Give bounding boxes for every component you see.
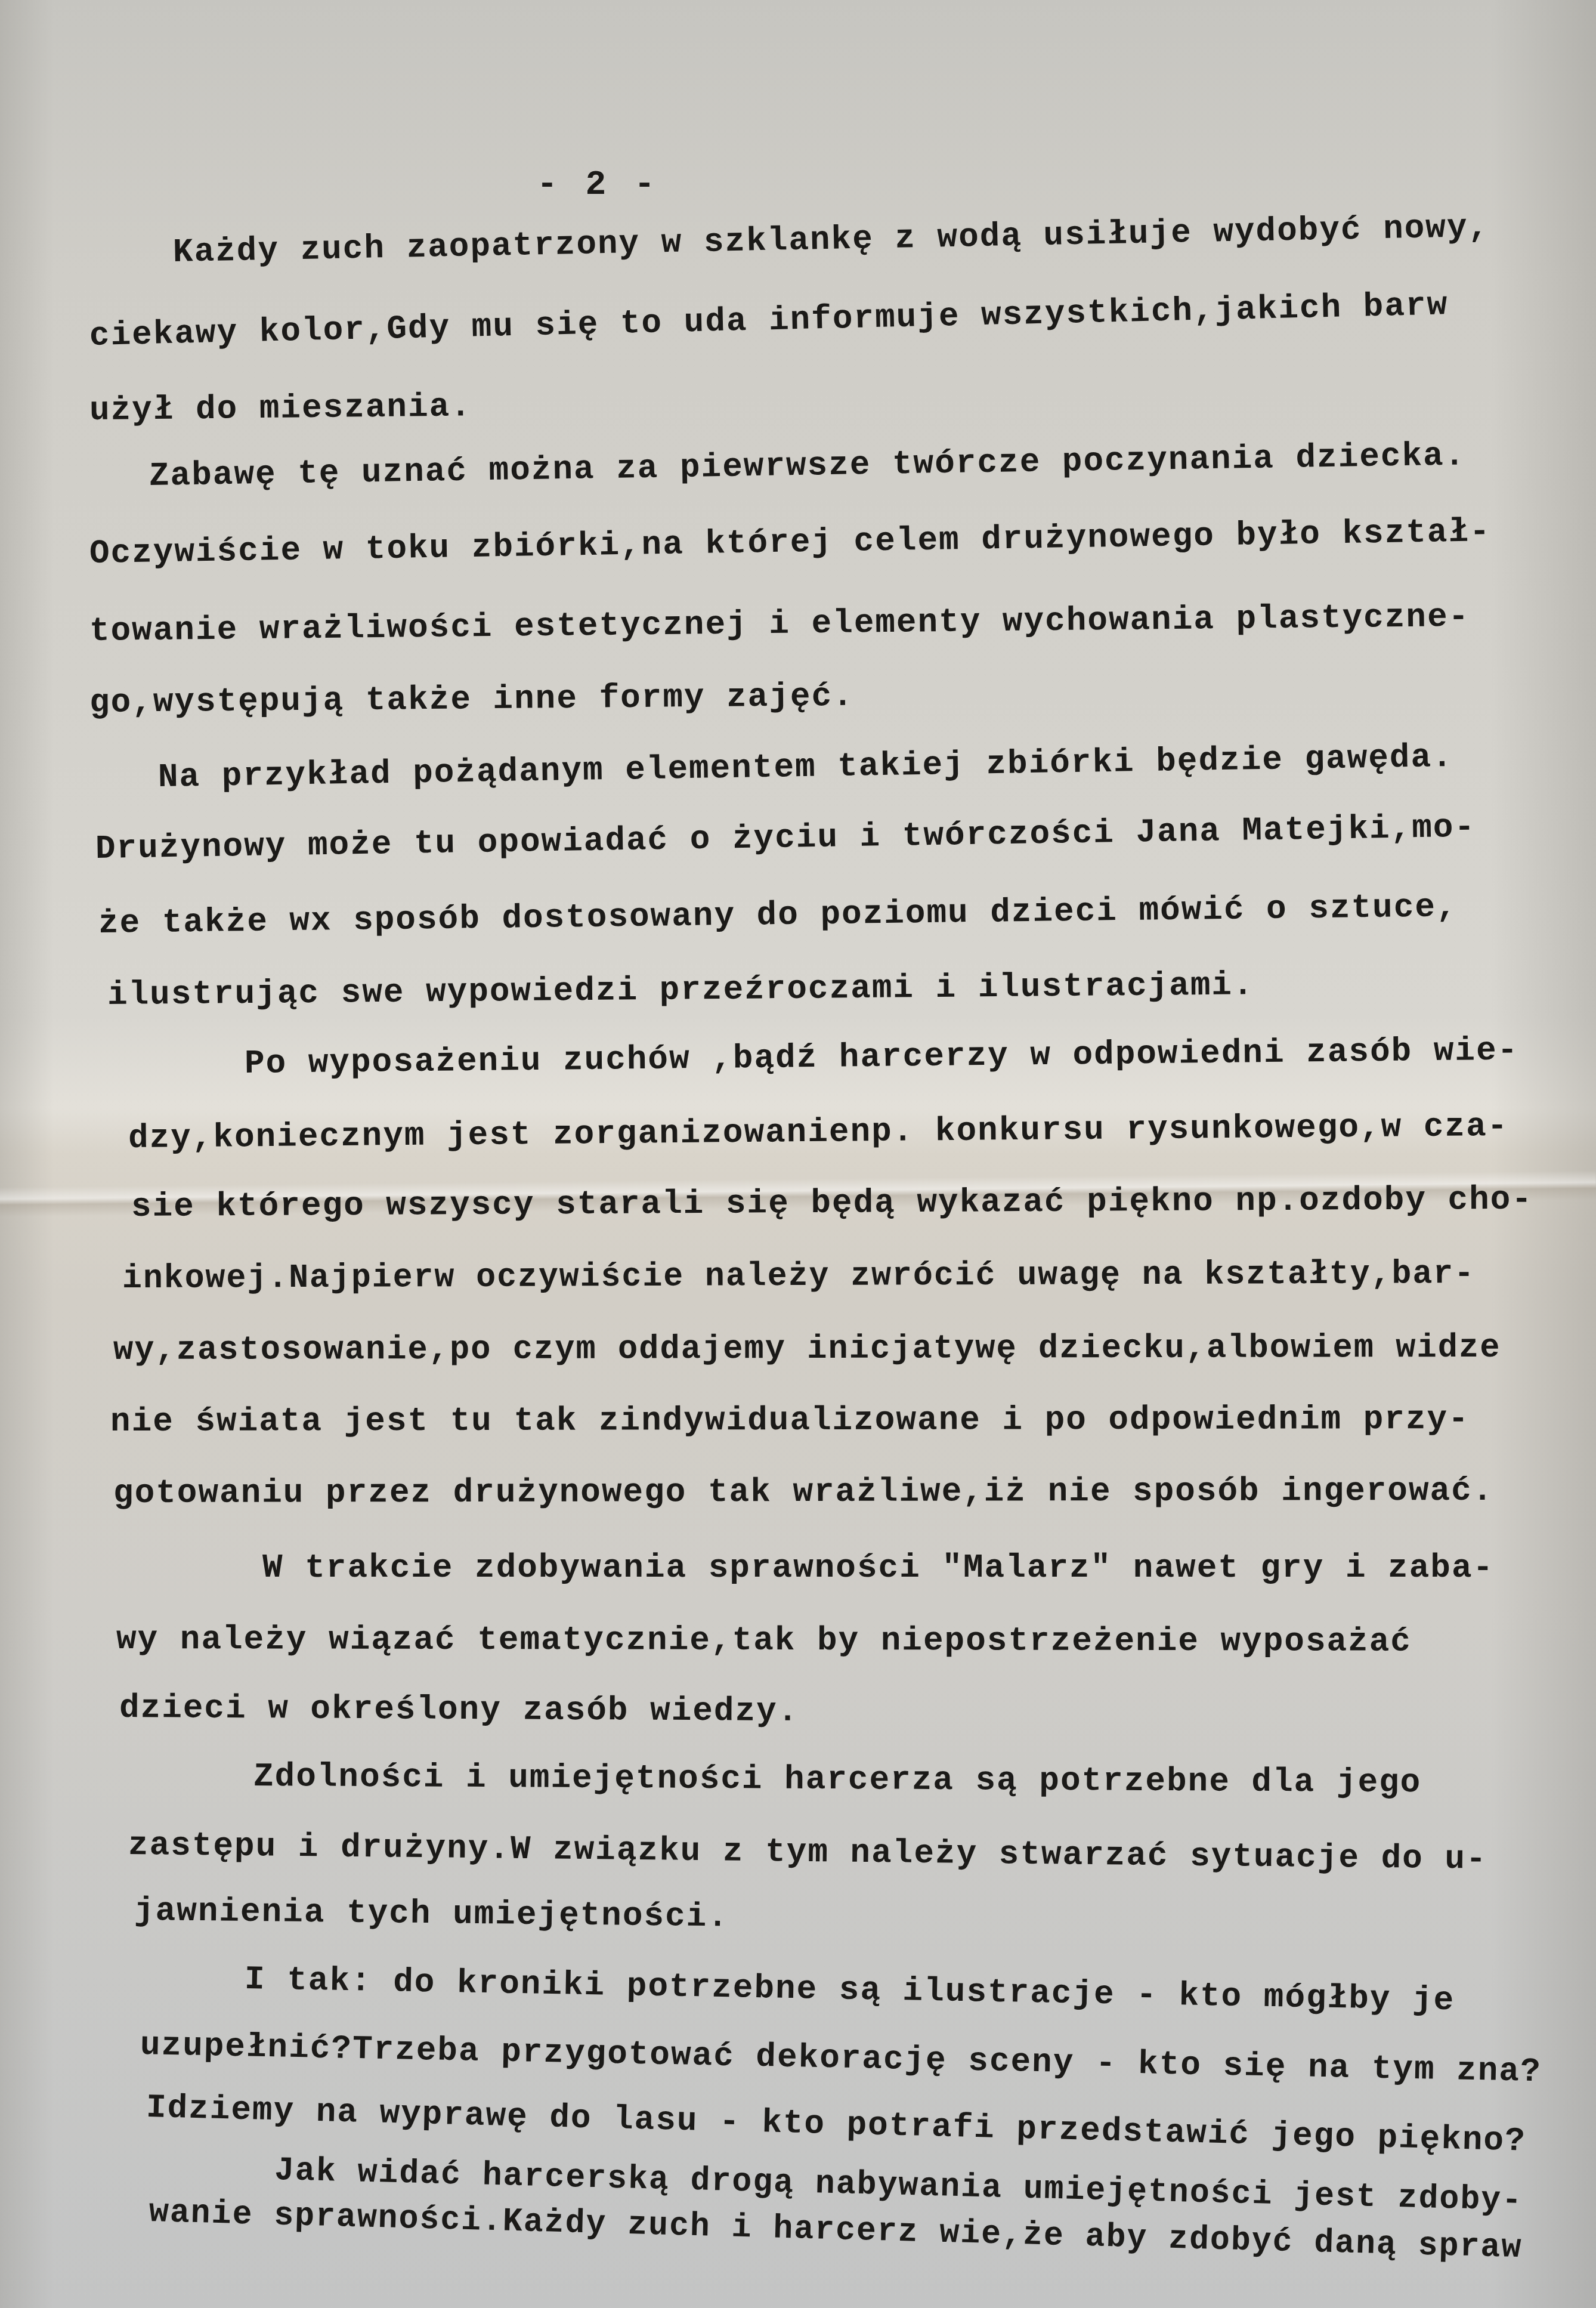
page-number: - 2 - — [537, 166, 658, 205]
text-line: dzieci w określony zasób wiedzy. — [119, 1691, 799, 1728]
text-line: wy należy wiązać tematycznie,tak by niep… — [116, 1623, 1412, 1658]
text-line: W trakcie zdobywania sprawności "Malarz"… — [262, 1551, 1494, 1584]
text-line: go,występują także inne formy zajęć. — [89, 679, 854, 719]
text-line: ilustrując swe wypowiedzi przeźroczami i… — [107, 968, 1254, 1012]
text-line: inkowej.Najpierw oczywiście należy zwróc… — [122, 1257, 1475, 1295]
text-line: nie świata jest tu tak zindywidualizowan… — [110, 1402, 1470, 1438]
text-line: użył do mieszania. — [89, 390, 472, 427]
text-line: Zdolności i umiejętności harcerza są pot… — [253, 1760, 1422, 1799]
text-line: sie którego wszyscy starali się będą wyk… — [131, 1183, 1533, 1223]
text-line: jawnienia tych umiejętności. — [134, 1894, 729, 1933]
text-line: gotowaniu przez drużynowego tak wrażliwe… — [113, 1474, 1493, 1510]
text-line: wy,zastosowanie,po czym oddajemy inicjat… — [113, 1331, 1501, 1367]
